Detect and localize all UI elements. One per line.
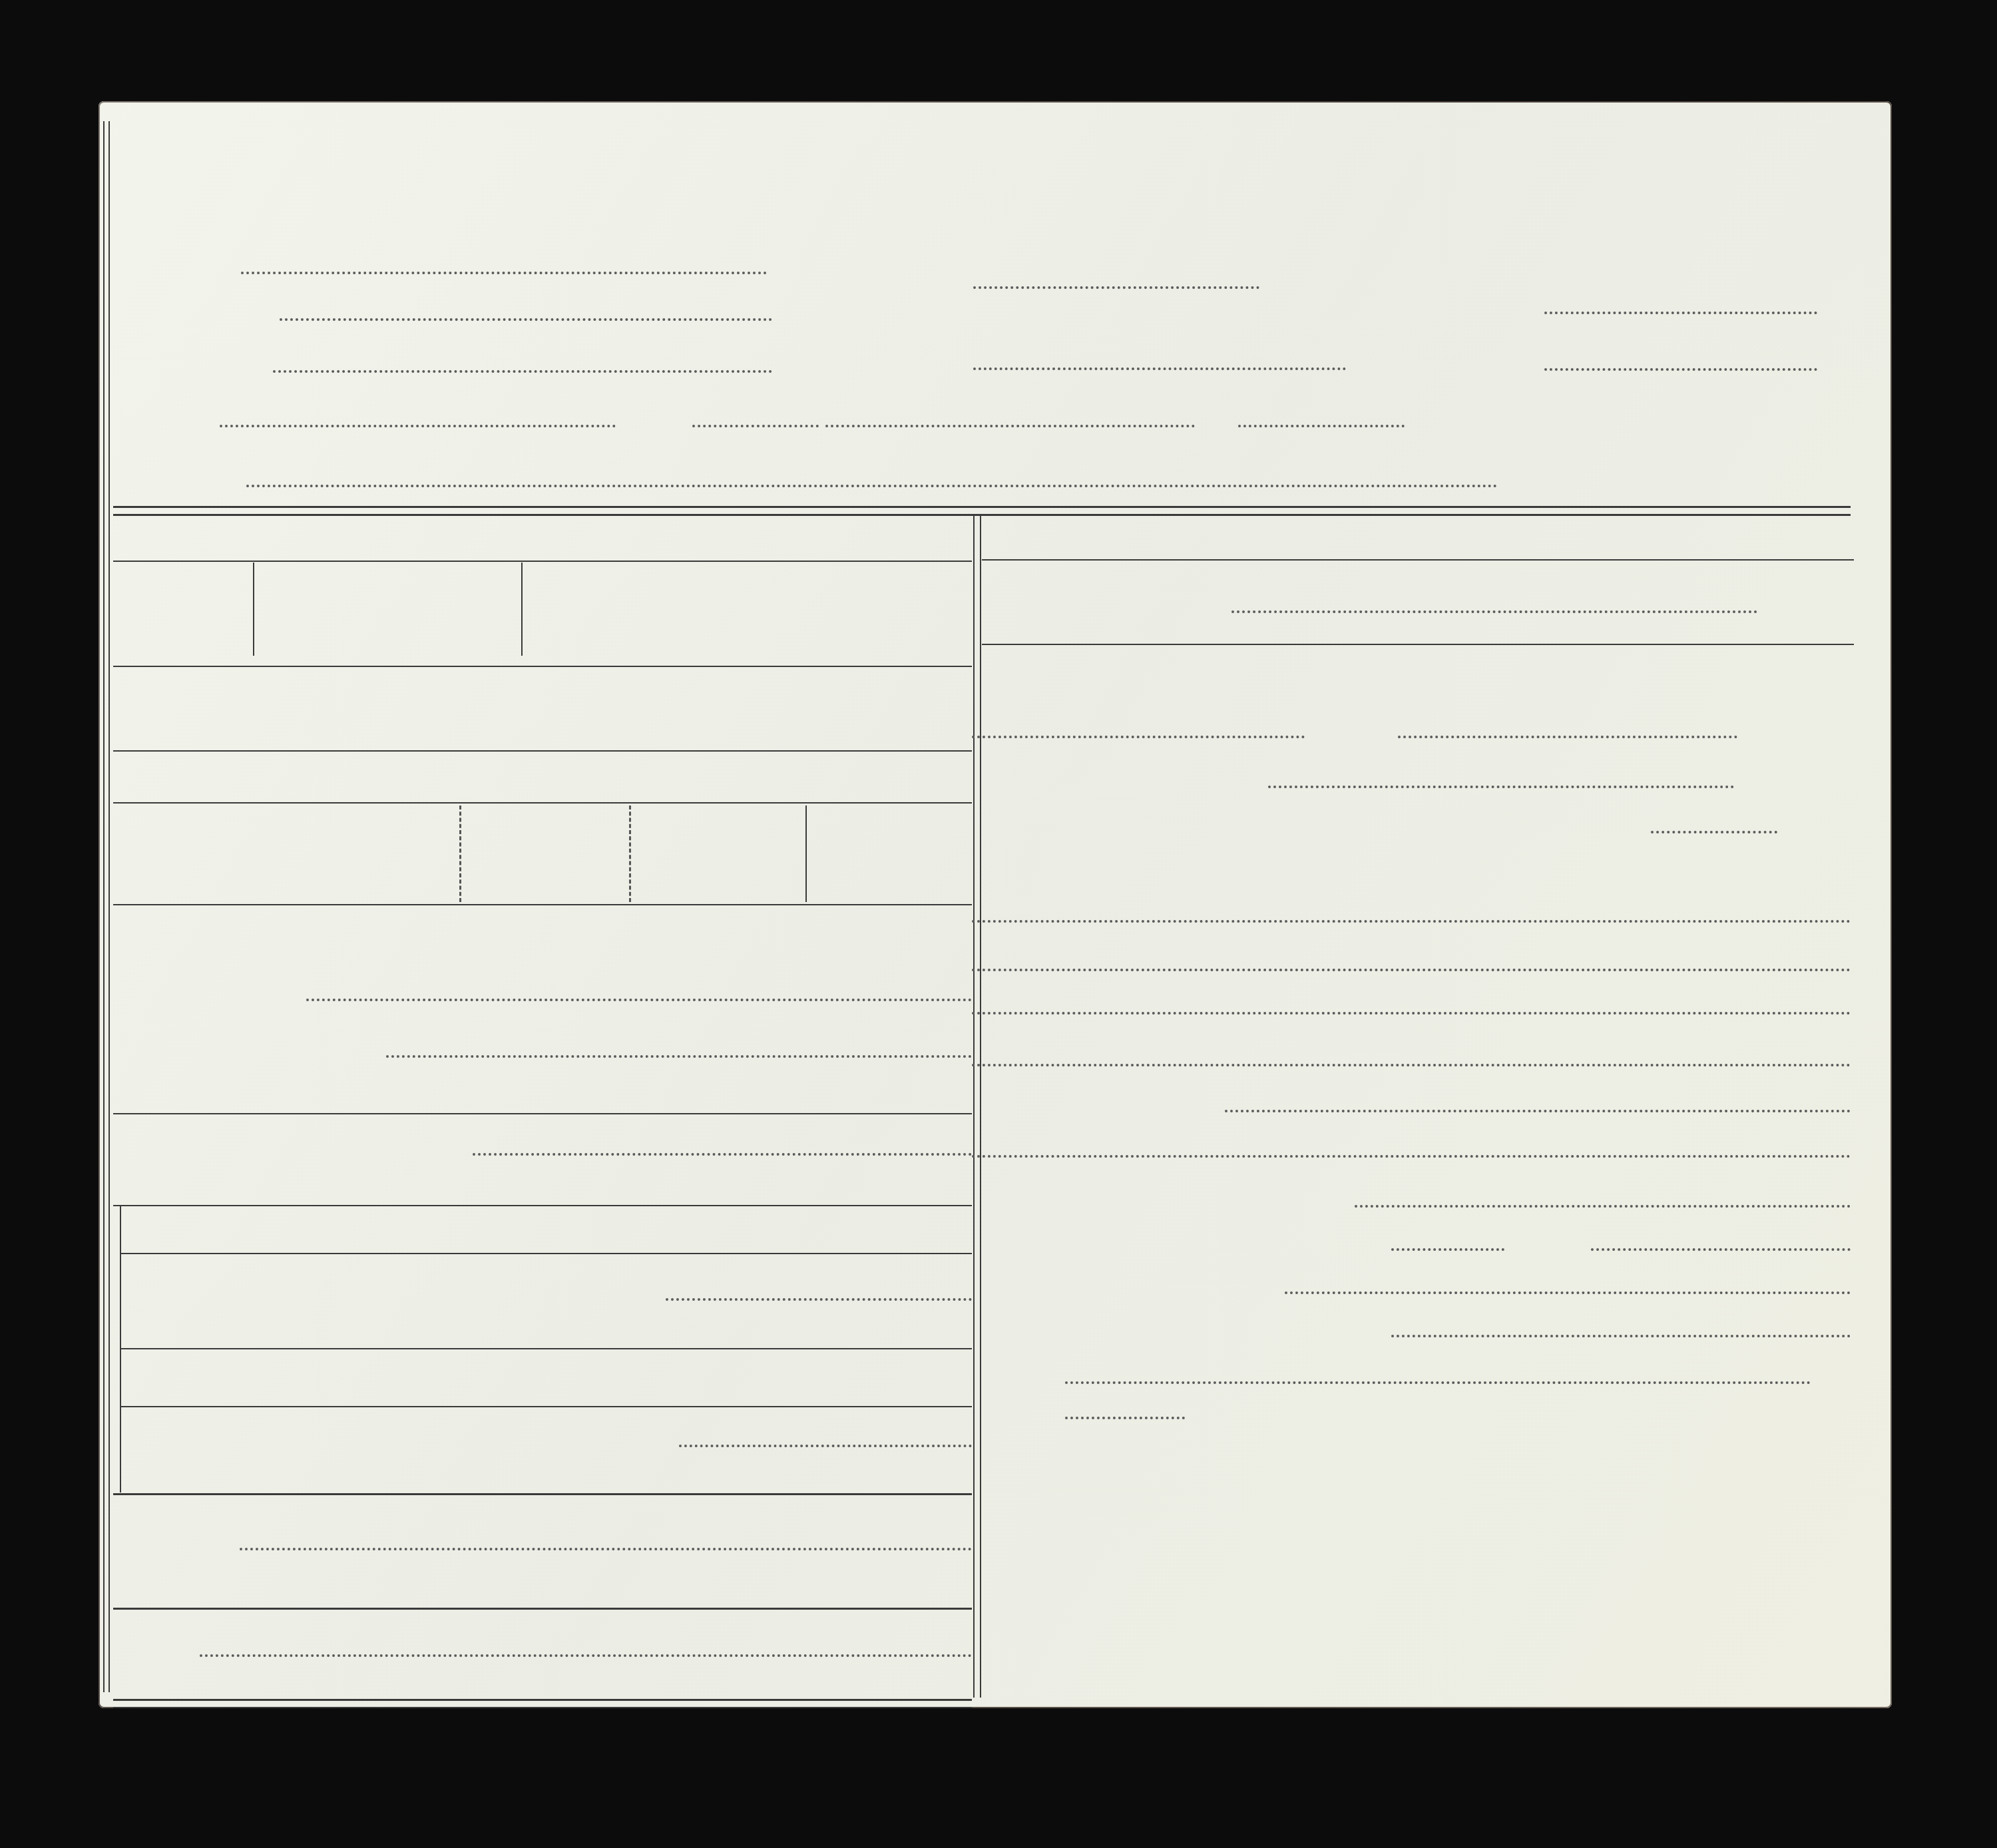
divider	[121, 1253, 972, 1254]
divider	[113, 802, 972, 804]
parents-divider	[120, 1206, 121, 1493]
divider	[459, 806, 461, 902]
left-border-outer	[103, 121, 105, 1692]
divider	[113, 561, 972, 562]
cause-line-1	[972, 920, 1851, 923]
signed-date-field-line	[1065, 1417, 1185, 1419]
q18-field-line	[1355, 1205, 1851, 1208]
divider	[253, 563, 254, 656]
divider	[121, 1348, 972, 1349]
column-divider	[973, 516, 975, 1698]
county-field-line	[241, 272, 767, 274]
divider	[521, 563, 523, 656]
filed-field-line	[200, 1654, 972, 1657]
full-name-field-line	[246, 485, 1498, 487]
city-field-line	[220, 425, 616, 427]
column-divider	[980, 516, 981, 1698]
divider	[113, 1113, 972, 1114]
divider	[113, 514, 1851, 516]
cause-line-3	[972, 1012, 1851, 1015]
divider	[982, 559, 1854, 561]
divider	[113, 1707, 972, 1708]
contrib-duration-line	[972, 1155, 1851, 1158]
cause-duration-line	[972, 1064, 1851, 1066]
occ-b-field-line	[386, 1055, 972, 1058]
father-birthplace-field-line	[666, 1298, 972, 1301]
divider	[113, 1699, 972, 1701]
informant-field-line	[240, 1548, 972, 1550]
borough-field-line	[273, 370, 772, 373]
test-field-line	[1391, 1335, 1851, 1337]
dod-field-line	[1231, 610, 1757, 613]
attended-to-field-line	[1398, 736, 1737, 738]
birthplace-field-line	[473, 1153, 972, 1156]
registered-no-field-line	[1544, 368, 1817, 371]
ward-field-line	[1238, 425, 1405, 427]
divider	[805, 806, 807, 902]
township-field-line	[280, 318, 772, 321]
reg-district-field-line	[973, 286, 1259, 289]
divider	[629, 806, 631, 902]
divider	[113, 904, 972, 905]
divider	[113, 750, 972, 752]
street-no-field-line	[692, 425, 819, 427]
file-no-field-line	[1544, 312, 1817, 314]
mother-birthplace-field-line	[679, 1445, 972, 1447]
signature-field-line	[1065, 1381, 1811, 1384]
operation-date-field-line	[1591, 1248, 1851, 1251]
divider	[113, 1205, 972, 1206]
last-saw-field-line	[1268, 786, 1734, 788]
divider	[982, 644, 1854, 645]
divider	[113, 1493, 972, 1495]
cause-line-2	[972, 969, 1851, 971]
death-time-field-line	[1651, 831, 1777, 833]
autopsy-field-line	[1285, 1291, 1851, 1294]
divider	[113, 506, 1851, 508]
street-name-field-line	[825, 425, 1195, 427]
occ-a-field-line	[306, 999, 972, 1001]
operation-field-line	[1391, 1248, 1504, 1251]
attended-from-field-line	[972, 736, 1305, 738]
left-border-inner	[109, 121, 110, 1692]
divider	[113, 1608, 972, 1610]
contributory-field-line	[1225, 1110, 1851, 1112]
primary-district-field-line	[973, 367, 1346, 370]
divider	[113, 666, 972, 667]
divider	[121, 1406, 972, 1407]
